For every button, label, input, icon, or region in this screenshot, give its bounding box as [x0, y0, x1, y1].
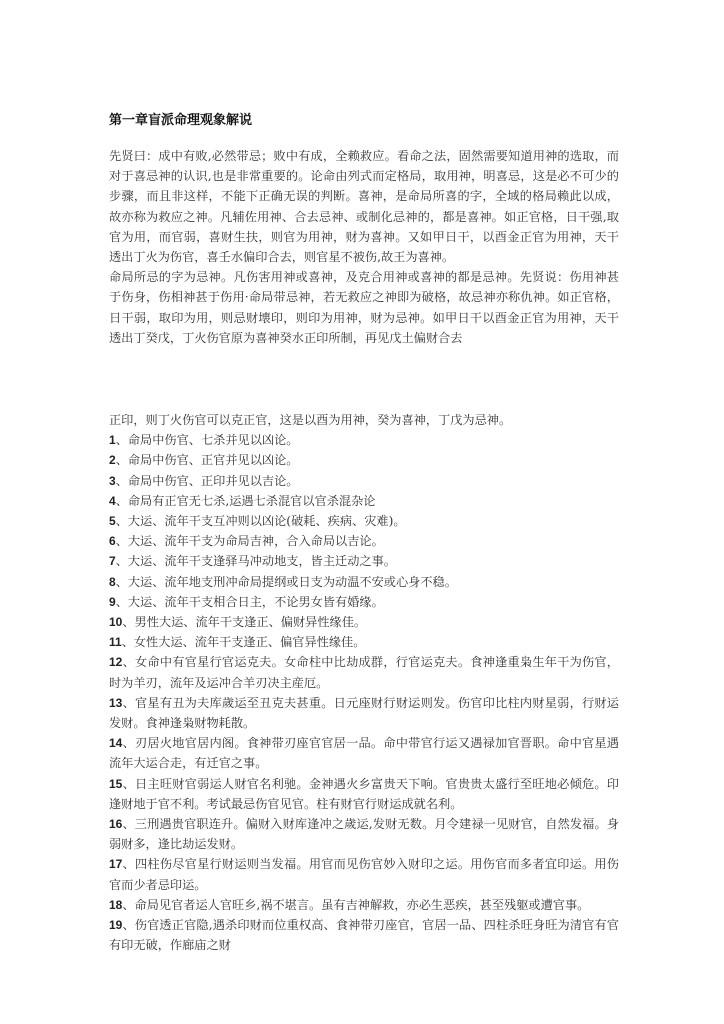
- item-text: 、四柱伤尽官星行财运则当发福。用官而见伤官妙入财印之运。用伤官而多者宜印运。用伤…: [109, 857, 619, 891]
- item-text: 、命局有正官无七杀,运遇七杀混官以官杀混杂论: [116, 494, 376, 508]
- list-item: 14、刃居火地官居内阁。食神带刃座官官居一品。命中带官行运又遇禄加官晋职。命中官…: [109, 733, 619, 773]
- item-text: 、大运、流年地支刑冲命局提纲或日支为动温不安或心身不稳。: [116, 575, 457, 589]
- item-text: 、伤官透正官隐,遇杀印财而位重权高、食神带刃座官，官居一品、四柱杀旺身旺为清官有…: [109, 918, 619, 952]
- list-item: 17、四柱伤尽官星行财运则当发福。用官而见伤官妙入财印之运。用伤官而多者宜印运。…: [109, 854, 619, 894]
- intro-paragraph: 先贤曰：成中有败,必然带忌；败中有成，全赖救应。看命之法，固然需要知道用神的选取…: [109, 146, 619, 267]
- item-number: 15: [109, 777, 122, 791]
- item-number: 13: [109, 696, 122, 710]
- item-text: 、女性大运、流年干支逢正、偏官异性缘佳。: [122, 635, 366, 649]
- item-text: 、大运、流年干支相合日主，不论男女皆有婚缘。: [116, 595, 384, 609]
- item-text: 、刃居火地官居内阁。食神带刃座官官居一品。命中带官行运又遇禄加官晋职。命中官星遇…: [109, 736, 619, 770]
- item-number: 18: [109, 898, 122, 912]
- list-item: 12、女命中有官星行官运克夫。女命柱中比劫成群，行官运克夫。食神逢重枭生年干为伤…: [109, 652, 619, 692]
- item-number: 1: [109, 433, 116, 447]
- item-number: 11: [109, 635, 122, 649]
- list-item: 3、命局中伤官、正印并见以吉论。: [109, 471, 619, 491]
- item-number: 16: [109, 817, 122, 831]
- list-item: 2、命局中伤官、正官并见以凶论。: [109, 450, 619, 470]
- item-number: 6: [109, 534, 116, 548]
- item-text: 、日主旺财官弱运人财官名利驰。金神遇火乡富贵天下响。官贵贵太盛行至旺地必倾危。印…: [109, 777, 619, 811]
- list-item: 7、大运、流年干支逢驿马冲动地支，皆主迁动之事。: [109, 551, 619, 571]
- document-page: 第一章盲派命理观象解说 先贤曰：成中有败,必然带忌；败中有成，全赖救应。看命之法…: [0, 0, 724, 1024]
- item-number: 4: [109, 494, 116, 508]
- intro-paragraph: 命局所忌的字为忌神。凡伤害用神或喜神，及克合用神或喜神的都是忌神。先贤说：伤用神…: [109, 267, 619, 348]
- list-item: 1、命局中伤官、七杀并见以凶论。: [109, 430, 619, 450]
- item-text: 、大运、流年干支为命局吉神，合入命局以吉论。: [116, 534, 384, 548]
- item-number: 17: [109, 857, 122, 871]
- list-item: 19、伤官透正官隐,遇杀印财而位重权高、食神带刃座官，官居一品、四柱杀旺身旺为清…: [109, 915, 619, 955]
- list-item: 18、命局见官者运人官旺乡,祸不堪言。虽有吉神解救，亦必生恶疾，甚至残躯或遭官事…: [109, 895, 619, 915]
- list-item: 9、大运、流年干支相合日主，不论男女皆有婚缘。: [109, 592, 619, 612]
- rules-section: 正印，则丁火伤官可以克正官，这是以酉为用神，癸为喜神，丁戊为忌神。 1、命局中伤…: [109, 410, 619, 955]
- list-item: 15、日主旺财官弱运人财官名利驰。金神遇火乡富贵天下响。官贵贵太盛行至旺地必倾危…: [109, 774, 619, 814]
- item-text: 、命局中伤官、正印并见以吉论。: [116, 474, 299, 488]
- item-text: 、大运、流年干支互冲则以凶论(破耗、疾病、灾难)。: [116, 514, 406, 528]
- item-number: 14: [109, 736, 122, 750]
- item-number: 19: [109, 918, 122, 932]
- item-text: 、命局见官者运人官旺乡,祸不堪言。虽有吉神解救，亦必生恶疾，甚至残躯或遭官事。: [122, 898, 589, 912]
- list-item: 16、三刑遇贵官职连升。偏财入财库逢冲之歲运,发财无数。月令建禄一见财官，自然发…: [109, 814, 619, 854]
- item-number: 3: [109, 474, 116, 488]
- item-number: 12: [109, 655, 122, 669]
- list-item: 6、大运、流年干支为命局吉神，合入命局以吉论。: [109, 531, 619, 551]
- item-text: 、命局中伤官、正官并见以凶论。: [116, 453, 299, 467]
- list-item: 8、大运、流年地支刑冲命局提纲或日支为动温不安或心身不稳。: [109, 572, 619, 592]
- item-number: 2: [109, 453, 116, 467]
- continuation-paragraph: 正印，则丁火伤官可以克正官，这是以酉为用神，癸为喜神，丁戊为忌神。: [109, 410, 619, 430]
- item-text: 、官星有丑为夫库歲运至丑克夫甚重。日元座财行财运则发。伤官印比柱内财星弱，行财运…: [109, 696, 619, 730]
- item-number: 8: [109, 575, 116, 589]
- chapter-title: 第一章盲派命理观象解说: [109, 109, 252, 128]
- intro-section: 先贤曰：成中有败,必然带忌；败中有成，全赖救应。看命之法，固然需要知道用神的选取…: [109, 146, 619, 348]
- item-number: 7: [109, 554, 116, 568]
- item-text: 、命局中伤官、七杀并见以凶论。: [116, 433, 299, 447]
- list-item: 4、命局有正官无七杀,运遇七杀混官以官杀混杂论: [109, 491, 619, 511]
- item-text: 、大运、流年干支逢驿马冲动地支，皆主迁动之事。: [116, 554, 396, 568]
- item-number: 5: [109, 514, 116, 528]
- list-item: 13、官星有丑为夫库歲运至丑克夫甚重。日元座财行财运则发。伤官印比柱内财星弱，行…: [109, 693, 619, 733]
- list-item: 10、男性大运、流年干支逢正、偏财异性缘佳。: [109, 612, 619, 632]
- list-item: 11、女性大运、流年干支逢正、偏官异性缘佳。: [109, 632, 619, 652]
- item-text: 、三刑遇贵官职连升。偏财入财库逢冲之歲运,发财无数。月令建禄一见财官，自然发福。…: [109, 817, 619, 851]
- item-number: 9: [109, 595, 116, 609]
- list-item: 5、大运、流年干支互冲则以凶论(破耗、疾病、灾难)。: [109, 511, 619, 531]
- item-text: 、女命中有官星行官运克夫。女命柱中比劫成群，行官运克夫。食神逢重枭生年干为伤官，…: [109, 655, 619, 689]
- item-text: 、男性大运、流年干支逢正、偏财异性缘佳。: [122, 615, 366, 629]
- item-number: 10: [109, 615, 122, 629]
